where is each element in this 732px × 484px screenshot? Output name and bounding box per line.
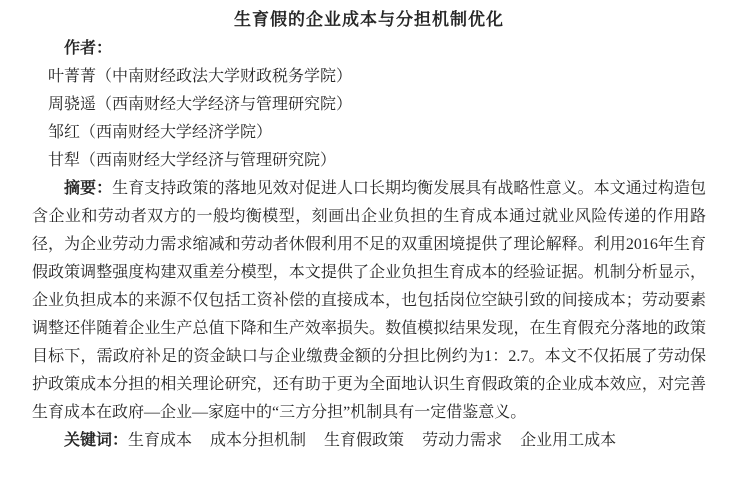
- keywords-label: 关键词：: [64, 432, 128, 449]
- keyword-item: 成本分担机制: [210, 432, 306, 449]
- author-name: 甘犁: [48, 152, 80, 169]
- author-affiliation: （西南财经大学经济学院）: [80, 124, 272, 141]
- author-affiliation: （中南财经政法大学财政税务学院）: [96, 68, 352, 85]
- author-line: 周骁遥（西南财经大学经济与管理研究院）: [32, 91, 706, 119]
- author-line: 邹红（西南财经大学经济学院）: [32, 119, 706, 147]
- author-affiliation: （西南财经大学经济与管理研究院）: [80, 152, 336, 169]
- abstract-label: 摘要：: [64, 180, 112, 197]
- keywords-line: 关键词：生育成本成本分担机制生育假政策劳动力需求企业用工成本: [32, 427, 706, 455]
- paper-title: 生育假的企业成本与分担机制优化: [32, 5, 706, 35]
- author-affiliation: （西南财经大学经济与管理研究院）: [96, 96, 352, 113]
- keyword-item: 劳动力需求: [422, 432, 502, 449]
- author-line: 甘犁（西南财经大学经济与管理研究院）: [32, 147, 706, 175]
- author-name: 邹红: [48, 124, 80, 141]
- keyword-item: 生育假政策: [324, 432, 404, 449]
- author-name: 周骁遥: [48, 96, 96, 113]
- author-line: 叶菁菁（中南财经政法大学财政税务学院）: [32, 63, 706, 91]
- keyword-item: 生育成本: [128, 432, 192, 449]
- abstract-paragraph: 摘要：生育支持政策的落地见效对促进人口长期均衡发展具有战略性意义。本文通过构造包…: [32, 175, 706, 427]
- authors-label: 作者：: [32, 35, 706, 63]
- author-name: 叶菁菁: [48, 68, 96, 85]
- abstract-text: 生育支持政策的落地见效对促进人口长期均衡发展具有战略性意义。本文通过构造包含企业…: [32, 180, 706, 421]
- document-page: 生育假的企业成本与分担机制优化 作者： 叶菁菁（中南财经政法大学财政税务学院） …: [0, 0, 732, 484]
- keyword-item: 企业用工成本: [520, 432, 616, 449]
